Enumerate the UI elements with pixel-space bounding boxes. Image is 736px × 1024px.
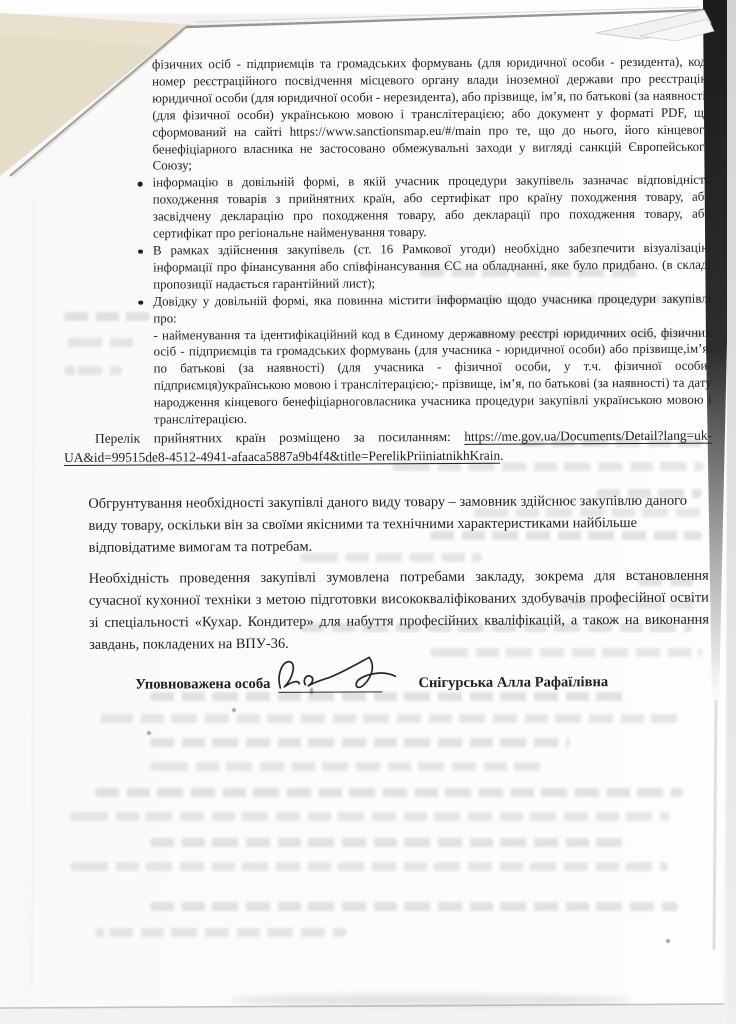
list-item: Довідку у довільній формі, яка повинна м… [153,290,712,428]
signature-row: Уповноважена особа Снігурська Алла Рафаї… [135,671,713,693]
list-item: В рамках здійснення закупівель (ст. 16 Р… [153,240,711,294]
handwritten-signature [270,651,402,696]
signature-line [278,673,382,693]
signatory-name: Снігурська Алла Рафаїлівна [418,674,608,692]
justification-paragraph: Обгрунтування необхідності закупівлі дан… [88,491,708,560]
countries-note: Перелік прийнятних країн розміщено за по… [64,426,712,468]
bottom-shadow-smudge [230,994,630,1006]
intro-paragraph: фізичних осіб - підприємців та громадськ… [152,54,711,175]
necessity-paragraph: Необхідність проведення закупівлі зумовл… [89,566,709,656]
page-right-edge-faint [714,700,716,950]
countries-note-text: Перелік прийнятних країн розміщено за по… [95,429,464,446]
scanned-document-page: фізичних осіб - підприємців та громадськ… [0,0,736,1024]
scan-right-margin [727,0,736,1024]
countries-note-period: . [500,448,503,463]
list-item: інформацію в довільній формі, в якій уча… [153,172,711,243]
requirements-list: інформацію в довільній формі, в якій уча… [63,172,712,429]
document-content: фізичних осіб - підприємців та громадськ… [62,54,713,694]
signature-label: Уповноважена особа [135,675,270,693]
